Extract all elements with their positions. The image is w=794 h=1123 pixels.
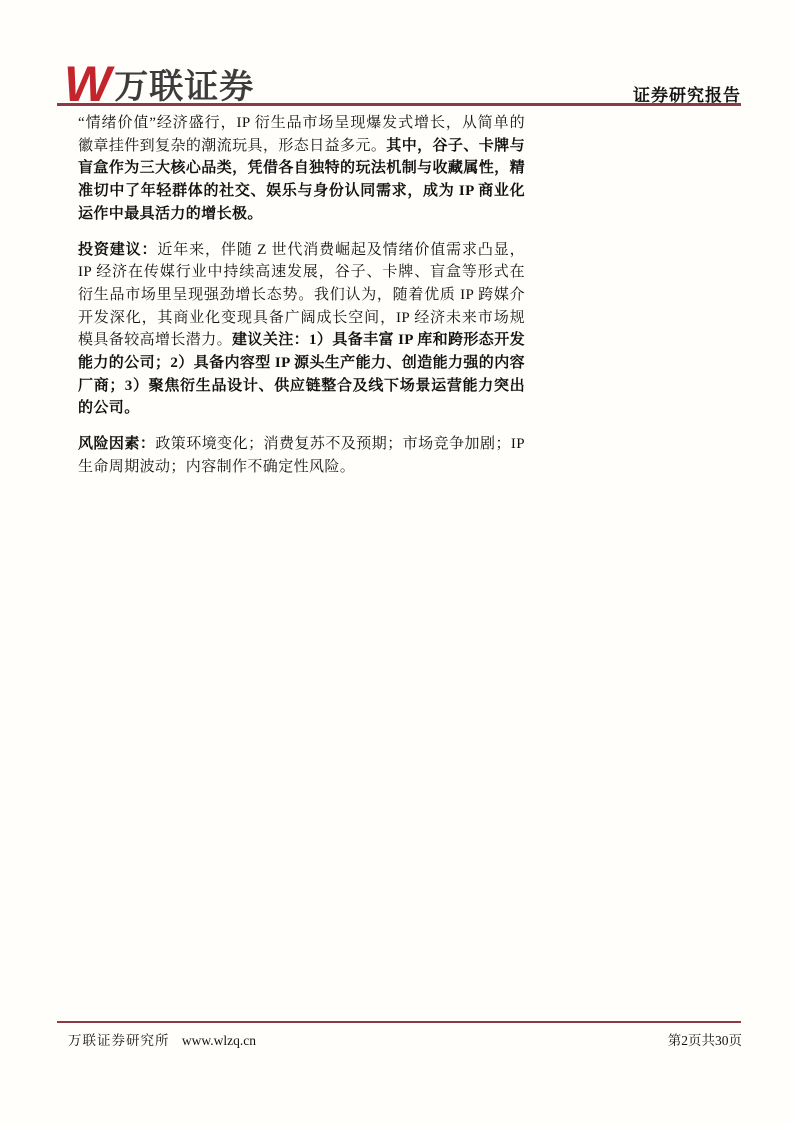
paragraph: “情绪价值”经济盛行，IP 衍生品市场呈现爆发式增长，从简单的徽章挂件到复杂的潮… (78, 112, 525, 226)
footer-left: 万联证券研究所 www.wlzq.cn (68, 1029, 256, 1049)
logo-w-icon: W (64, 59, 108, 109)
company-logo: W 万联证券 (64, 56, 254, 106)
report-page: W 万联证券 证券研究报告 “情绪价值”经济盛行，IP 衍生品市场呈现爆发式增长… (0, 0, 794, 1123)
body-text: “情绪价值”经济盛行，IP 衍生品市场呈现爆发式增长，从简单的徽章挂件到复杂的潮… (78, 112, 525, 492)
footer-website-url: www.wlzq.cn (182, 1033, 256, 1048)
footer-rule (57, 1021, 741, 1023)
paragraph-segment-bold: 投资建议： (78, 242, 157, 258)
paragraph: 投资建议：近年来，伴随 Z 世代消费崛起及情绪价值需求凸显，IP 经济在传媒行业… (78, 239, 525, 421)
paragraph: 风险因素：政策环境变化；消费复苏不及预期；市场竞争加剧；IP 生命周期波动；内容… (78, 433, 525, 478)
footer-page-number: 第2页共30页 (668, 1029, 742, 1049)
footer-institute-name: 万联证券研究所 (68, 1033, 170, 1048)
header-rule (57, 103, 741, 106)
logo-company-name: 万联证券 (114, 70, 254, 104)
paragraph-segment-bold: 风险因素： (78, 436, 155, 452)
